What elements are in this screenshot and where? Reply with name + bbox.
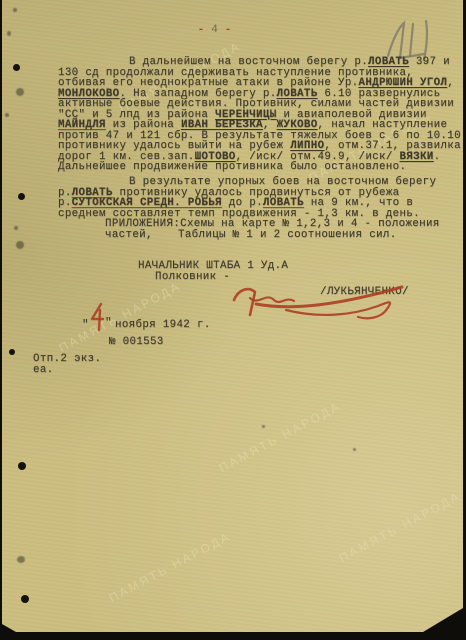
date-close-quote: " (105, 318, 112, 329)
handwritten-signature (228, 280, 406, 320)
paragraph-enemy-offensive: В дальнейшем на восточном берегу р.ЛОВАТ… (58, 57, 462, 173)
attachments-line-2: Таблицы № 1 и 2 соотношения сил. (178, 230, 397, 241)
ink-speck (262, 425, 265, 428)
ink-speck (16, 88, 24, 96)
date-text: ноября 1942 г. (115, 320, 211, 331)
ink-speck (7, 31, 11, 36)
document-number: № 001553 (109, 337, 164, 348)
signer-title: НАЧАЛЬНИК ШТАБА 1 Уд.А (138, 261, 288, 272)
page-number-dash: - (225, 24, 233, 36)
signer-rank: Полковник - (155, 272, 230, 283)
ink-speck (14, 226, 18, 230)
punch-hole-mark (18, 193, 25, 200)
handwritten-date-day (89, 301, 105, 333)
date-open-quote: " (82, 320, 89, 331)
paper-sheet: ПАМЯТЬ НАРОДА ПАМЯТЬ НАРОДА ПАМЯТЬ НАРОД… (2, 0, 463, 632)
punch-hole-mark (18, 462, 26, 470)
punch-hole-mark (13, 64, 20, 71)
typed-text: , (447, 77, 461, 89)
punch-hole-mark (21, 595, 29, 603)
punch-hole-mark (9, 349, 15, 355)
ink-speck (353, 448, 356, 451)
ink-speck (16, 241, 24, 249)
watermark: ПАМЯТЬ НАРОДА (107, 529, 234, 605)
watermark: ПАМЯТЬ НАРОДА (337, 489, 464, 565)
copies-note-line-1: Отп.2 экз. (33, 354, 101, 365)
ink-speck (5, 113, 9, 117)
ink-speck (17, 556, 25, 563)
copies-note-line-2: еа. (33, 365, 54, 376)
scanned-document-page: ПАМЯТЬ НАРОДА ПАМЯТЬ НАРОДА ПАМЯТЬ НАРОД… (0, 0, 466, 640)
paragraph-advance-summary: В результате упорных боев на восточном б… (58, 177, 462, 219)
ink-speck (13, 8, 17, 12)
page-number-value: 4 (205, 24, 225, 36)
watermark: ПАМЯТЬ НАРОДА (217, 399, 344, 475)
